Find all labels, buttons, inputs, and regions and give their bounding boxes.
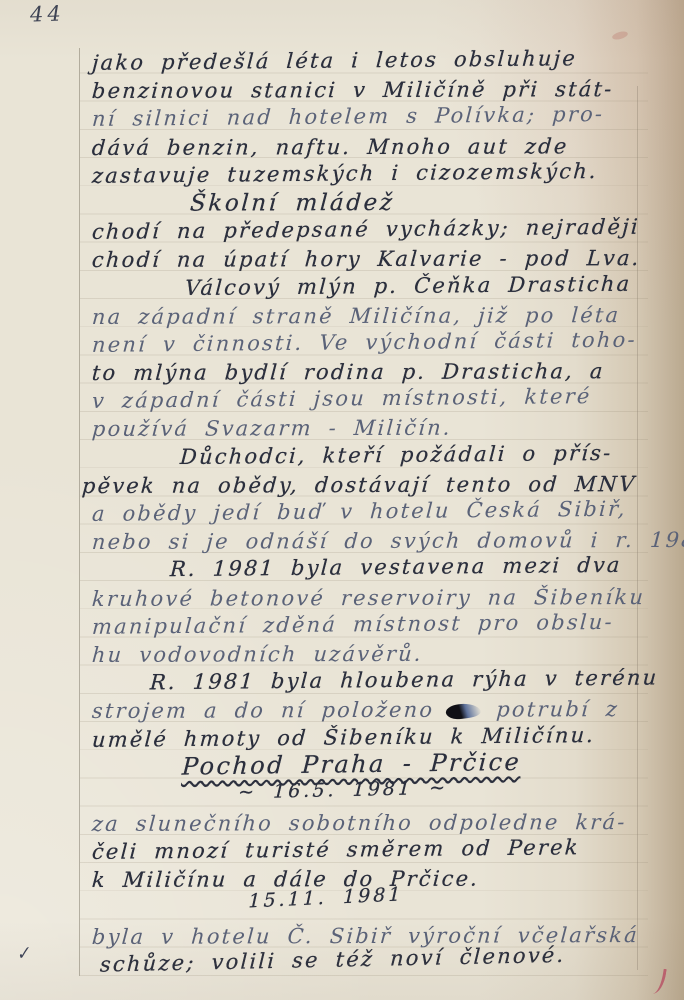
handwritten-line: čeli mnozí turisté směrem od Perek xyxy=(79,833,649,867)
chronicle-page-photo: 44 jako předešlá léta i letos obsluhuje … xyxy=(0,0,684,1000)
handwritten-line: chodí na předepsané vycházky; nejraději xyxy=(79,213,649,247)
red-pen-mark xyxy=(648,967,666,995)
paragraph-start-line: Válcový mlýn p. Čeňka Drasticha xyxy=(79,269,649,303)
handwritten-line: jako předešlá léta i letos obsluhuje xyxy=(79,44,649,78)
line-text-before-blot: strojem a do ní položeno xyxy=(91,698,435,723)
ink-blot xyxy=(443,702,483,721)
margin-check-mark: ✓ xyxy=(14,943,32,966)
handwritten-text-block: jako předešlá léta i letos obsluhuje ben… xyxy=(80,49,648,979)
handwritten-line: ní silnici nad hotelem s Polívka; pro- xyxy=(79,100,649,134)
paragraph-start-line: R. 1981 byla vestavena mezi dva xyxy=(79,551,649,585)
page-number: 44 xyxy=(30,1,66,26)
pink-smudge-mark xyxy=(611,30,628,41)
handwritten-line: zastavuje tuzemských i cizozemských. xyxy=(79,156,649,190)
paragraph-start-line: Důchodci, kteří požádali o přís- xyxy=(79,438,649,472)
line-text-after-blot: potrubí z xyxy=(496,697,620,721)
handwritten-line: manipulační zděná místnost pro obslu- xyxy=(79,607,649,641)
handwritten-line: a obědy jedí buď v hotelu Česká Sibiř, xyxy=(79,495,649,529)
handwritten-line: v západní části jsou místnosti, které xyxy=(79,382,649,416)
handwritten-line: není v činnosti. Ve východní části toho- xyxy=(79,325,649,359)
paragraph-start-line: R. 1981 byla hloubena rýha v terénu xyxy=(79,664,649,698)
